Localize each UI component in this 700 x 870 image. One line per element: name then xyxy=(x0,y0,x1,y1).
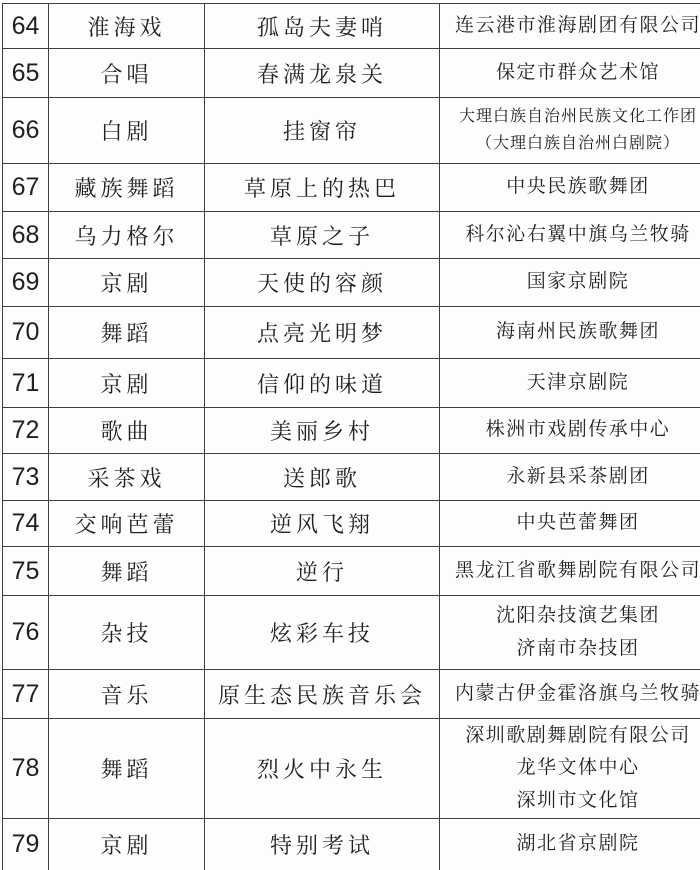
category-cell: 乌力格尔 xyxy=(49,212,205,259)
row-number-cell: 67 xyxy=(3,164,49,212)
org-line: 国家京剧院 xyxy=(442,266,700,298)
organization-cell: 天津京剧院 xyxy=(440,359,700,408)
row-number-cell: 78 xyxy=(3,719,49,819)
title-cell: 春满龙泉关 xyxy=(205,49,440,98)
organization-cell: 湖北省京剧院 xyxy=(440,819,700,870)
table-row: 64 淮海戏 孤岛夫妻哨 连云港市淮海剧团有限公司 xyxy=(3,4,700,49)
organization-cell: 中央民族歌舞团 xyxy=(440,164,700,212)
category-cell: 淮海戏 xyxy=(49,4,205,49)
org-line: 株洲市戏剧传承中心 xyxy=(442,414,700,446)
organization-cell: 沈阳杂技演艺集团 济南市杂技团 xyxy=(440,596,700,670)
organization-cell: 连云港市淮海剧团有限公司 xyxy=(440,4,700,49)
org-line: 海南州民族歌舞团 xyxy=(442,316,700,348)
table-row: 67 藏族舞蹈 草原上的热巴 中央民族歌舞团 xyxy=(3,164,700,212)
organization-cell: 国家京剧院 xyxy=(440,259,700,307)
org-line: 连云港市淮海剧团有限公司 xyxy=(442,10,700,42)
row-number-cell: 66 xyxy=(3,98,49,164)
row-number-cell: 64 xyxy=(3,4,49,49)
org-line: 科尔沁右翼中旗乌兰牧骑 xyxy=(442,219,700,251)
table-row: 66 白剧 挂窗帘 大理白族自治州民族文化工作团 （大理白族自治州白剧院） xyxy=(3,98,700,164)
org-line: 湖北省京剧院 xyxy=(442,828,700,860)
row-number-cell: 69 xyxy=(3,259,49,307)
row-number-cell: 68 xyxy=(3,212,49,259)
row-number-cell: 77 xyxy=(3,670,49,719)
title-cell: 草原上的热巴 xyxy=(205,164,440,212)
table-row: 75 舞蹈 逆行 黑龙江省歌舞剧院有限公司 xyxy=(3,547,700,596)
organization-cell: 黑龙江省歌舞剧院有限公司 xyxy=(440,547,700,596)
organization-cell: 大理白族自治州民族文化工作团 （大理白族自治州白剧院） xyxy=(440,98,700,164)
category-cell: 交响芭蕾 xyxy=(49,501,205,547)
org-line: 天津京剧院 xyxy=(442,367,700,399)
title-cell: 信仰的味道 xyxy=(205,359,440,408)
document-page: 64 淮海戏 孤岛夫妻哨 连云港市淮海剧团有限公司 65 合唱 春满龙泉关 保定… xyxy=(0,0,700,870)
org-line: 内蒙古伊金霍洛旗乌兰牧骑 xyxy=(442,678,700,710)
organization-cell: 中央芭蕾舞团 xyxy=(440,501,700,547)
org-line: 黑龙江省歌舞剧院有限公司 xyxy=(442,555,700,587)
category-cell: 舞蹈 xyxy=(49,307,205,359)
title-cell: 美丽乡村 xyxy=(205,408,440,454)
category-cell: 采茶戏 xyxy=(49,454,205,501)
org-line: 龙华文体中心 xyxy=(442,752,700,784)
category-cell: 舞蹈 xyxy=(49,719,205,819)
table-row: 69 京剧 天使的容颜 国家京剧院 xyxy=(3,259,700,307)
row-number-cell: 76 xyxy=(3,596,49,670)
row-number-cell: 74 xyxy=(3,501,49,547)
org-line: 中央芭蕾舞团 xyxy=(442,507,700,539)
category-cell: 京剧 xyxy=(49,259,205,307)
table-row: 74 交响芭蕾 逆风飞翔 中央芭蕾舞团 xyxy=(3,501,700,547)
program-table-body: 64 淮海戏 孤岛夫妻哨 连云港市淮海剧团有限公司 65 合唱 春满龙泉关 保定… xyxy=(3,4,700,870)
table-row: 73 采茶戏 送郎歌 永新县采茶剧团 xyxy=(3,454,700,501)
title-cell: 送郎歌 xyxy=(205,454,440,501)
org-line: 沈阳杂技演艺集团 xyxy=(442,600,700,632)
title-cell: 挂窗帘 xyxy=(205,98,440,164)
org-line: 深圳歌剧舞剧院有限公司 xyxy=(442,720,700,752)
row-number-cell: 70 xyxy=(3,307,49,359)
title-cell: 原生态民族音乐会 xyxy=(205,670,440,719)
org-line: 大理白族自治州民族文化工作团 xyxy=(442,104,700,130)
category-cell: 京剧 xyxy=(49,359,205,408)
title-cell: 天使的容颜 xyxy=(205,259,440,307)
category-cell: 藏族舞蹈 xyxy=(49,164,205,212)
row-number-cell: 79 xyxy=(3,819,49,870)
org-line: 保定市群众艺术馆 xyxy=(442,57,700,89)
category-cell: 京剧 xyxy=(49,819,205,870)
row-number-cell: 72 xyxy=(3,408,49,454)
org-line: 济南市杂技团 xyxy=(442,633,700,665)
program-table: 64 淮海戏 孤岛夫妻哨 连云港市淮海剧团有限公司 65 合唱 春满龙泉关 保定… xyxy=(2,3,700,870)
category-cell: 音乐 xyxy=(49,670,205,719)
table-row: 70 舞蹈 点亮光明梦 海南州民族歌舞团 xyxy=(3,307,700,359)
category-cell: 杂技 xyxy=(49,596,205,670)
table-row: 72 歌曲 美丽乡村 株洲市戏剧传承中心 xyxy=(3,408,700,454)
table-row: 78 舞蹈 烈火中永生 深圳歌剧舞剧院有限公司 龙华文体中心 深圳市文化馆 xyxy=(3,719,700,819)
table-row: 71 京剧 信仰的味道 天津京剧院 xyxy=(3,359,700,408)
row-number-cell: 75 xyxy=(3,547,49,596)
title-cell: 孤岛夫妻哨 xyxy=(205,4,440,49)
organization-cell: 深圳歌剧舞剧院有限公司 龙华文体中心 深圳市文化馆 xyxy=(440,719,700,819)
org-line: 永新县采茶剧团 xyxy=(442,461,700,493)
organization-cell: 海南州民族歌舞团 xyxy=(440,307,700,359)
org-line: （大理白族自治州白剧院） xyxy=(442,131,700,157)
table-row: 68 乌力格尔 草原之子 科尔沁右翼中旗乌兰牧骑 xyxy=(3,212,700,259)
organization-cell: 内蒙古伊金霍洛旗乌兰牧骑 xyxy=(440,670,700,719)
org-line: 深圳市文化馆 xyxy=(442,785,700,817)
organization-cell: 株洲市戏剧传承中心 xyxy=(440,408,700,454)
table-row: 65 合唱 春满龙泉关 保定市群众艺术馆 xyxy=(3,49,700,98)
table-row: 76 杂技 炫彩车技 沈阳杂技演艺集团 济南市杂技团 xyxy=(3,596,700,670)
category-cell: 白剧 xyxy=(49,98,205,164)
title-cell: 烈火中永生 xyxy=(205,719,440,819)
title-cell: 特别考试 xyxy=(205,819,440,870)
category-cell: 歌曲 xyxy=(49,408,205,454)
title-cell: 炫彩车技 xyxy=(205,596,440,670)
table-row: 79 京剧 特别考试 湖北省京剧院 xyxy=(3,819,700,870)
row-number-cell: 71 xyxy=(3,359,49,408)
organization-cell: 保定市群众艺术馆 xyxy=(440,49,700,98)
organization-cell: 永新县采茶剧团 xyxy=(440,454,700,501)
row-number-cell: 73 xyxy=(3,454,49,501)
org-line: 中央民族歌舞团 xyxy=(442,171,700,203)
category-cell: 合唱 xyxy=(49,49,205,98)
row-number-cell: 65 xyxy=(3,49,49,98)
title-cell: 草原之子 xyxy=(205,212,440,259)
title-cell: 逆风飞翔 xyxy=(205,501,440,547)
title-cell: 点亮光明梦 xyxy=(205,307,440,359)
organization-cell: 科尔沁右翼中旗乌兰牧骑 xyxy=(440,212,700,259)
category-cell: 舞蹈 xyxy=(49,547,205,596)
title-cell: 逆行 xyxy=(205,547,440,596)
table-row: 77 音乐 原生态民族音乐会 内蒙古伊金霍洛旗乌兰牧骑 xyxy=(3,670,700,719)
